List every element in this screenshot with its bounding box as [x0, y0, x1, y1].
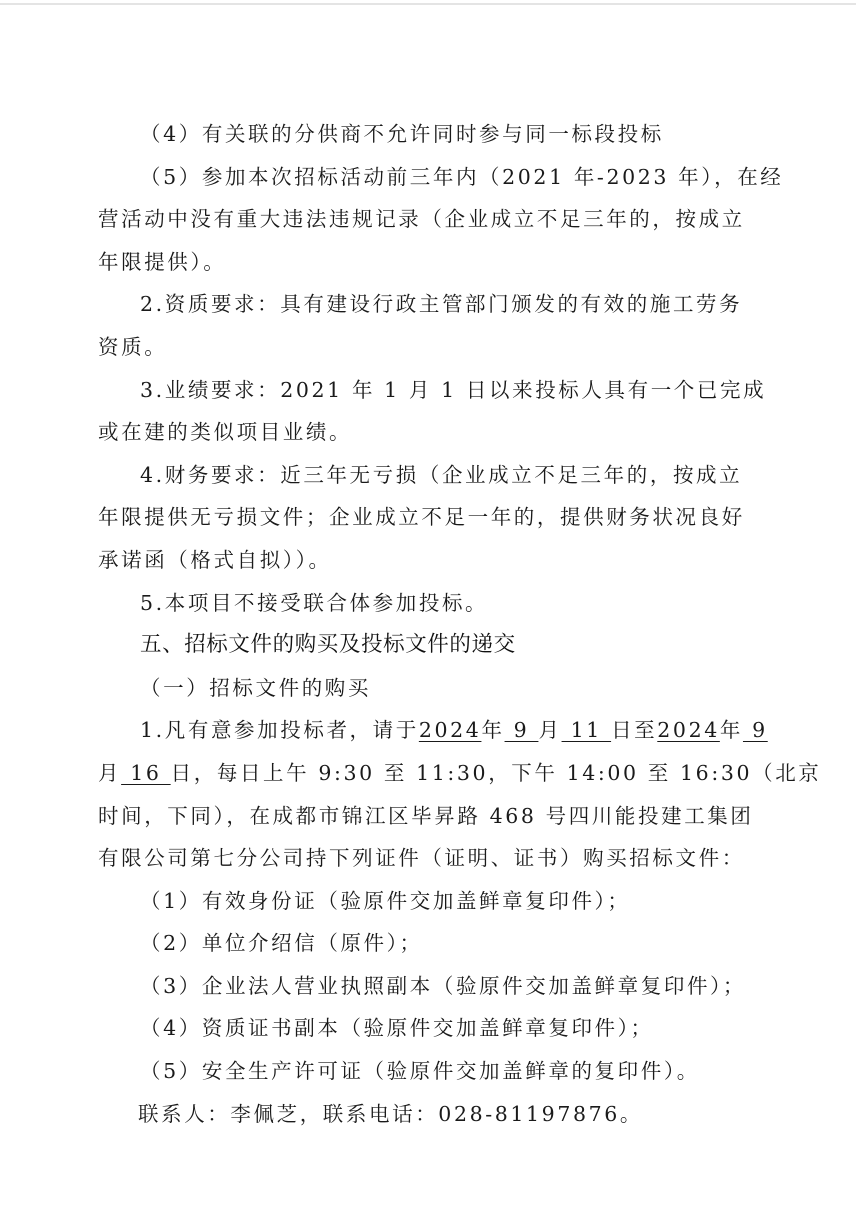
- purchase-line-4: 有限公司第七分公司持下列证件（证明、证书）购买招标文件：: [98, 837, 740, 880]
- scan-top-edge: [0, 3, 856, 5]
- document-page: （4）有关联的分供商不允许同时参与同一标段投标 （5）参加本次招标活动前三年内（…: [98, 113, 740, 1135]
- start-year-field: 2024: [419, 718, 482, 742]
- day-to-label: 日至: [611, 718, 657, 742]
- performance-requirement-line-2: 或在建的类似项目业绩。: [98, 411, 740, 454]
- end-day-field: 16: [121, 761, 171, 785]
- item-5-line-2: 营活动中没有重大违法违规记录（企业成立不足三年的，按成立: [98, 198, 740, 241]
- required-document-3: （3）企业法人营业执照副本（验原件交加盖鲜章复印件）；: [98, 965, 740, 1008]
- purchase-line-1: 1.凡有意参加投标者，请于2024年 9 月 11 日至2024年 9: [98, 709, 740, 752]
- start-month-field: 9: [505, 718, 539, 742]
- purchase-line-3: 时间，下同），在成都市锦江区毕昇路 468 号四川能投建工集团: [98, 795, 740, 838]
- performance-requirement-line-1: 3.业绩要求：2021 年 1 月 1 日以来投标人具有一个已完成: [98, 369, 740, 412]
- item-label: （4）: [140, 122, 202, 146]
- end-year-field: 2024: [657, 718, 720, 742]
- financial-requirement-line-2: 年限提供无亏损文件；企业成立不足一年的，提供财务状况良好: [98, 496, 740, 539]
- financial-requirement-line-3: 承诺函（格式自拟））。: [98, 539, 740, 582]
- qualification-requirement-line-2: 资质。: [98, 326, 740, 369]
- item-4-line: （4）有关联的分供商不允许同时参与同一标段投标: [98, 113, 740, 156]
- item-text: 参加本次招标活动前三年内（2021 年-2023 年），在经: [202, 165, 784, 189]
- required-document-5: （5）安全生产许可证（验原件交加盖鲜章的复印件）。: [98, 1050, 740, 1093]
- purchase-prefix: 1.凡有意参加投标者，请于: [140, 718, 419, 742]
- purchase-line-2: 月 16 日，每日上午 9:30 至 11:30，下午 14:00 至 16:3…: [98, 752, 740, 795]
- end-month-field: 9: [743, 718, 768, 742]
- required-document-2: （2）单位介绍信（原件）；: [98, 922, 740, 965]
- year-label: 年: [481, 718, 504, 742]
- consortium-requirement: 5.本项目不接受联合体参加投标。: [98, 582, 740, 625]
- item-5-line-3: 年限提供）。: [98, 241, 740, 284]
- required-document-1: （1）有效身份证（验原件交加盖鲜章复印件）；: [98, 880, 740, 923]
- subsection-heading: （一）招标文件的购买: [98, 667, 740, 710]
- item-text: 有关联的分供商不允许同时参与同一标段投标: [202, 122, 664, 146]
- end-month-label: 月: [98, 761, 121, 785]
- start-day-field: 11: [562, 718, 612, 742]
- required-document-4: （4）资质证书副本（验原件交加盖鲜章复印件）；: [98, 1007, 740, 1050]
- item-label: （5）: [140, 165, 202, 189]
- purchase-hours: 日，每日上午 9:30 至 11:30，下午 14:00 至 16:30（北京: [171, 761, 822, 785]
- qualification-requirement-line-1: 2.资质要求：具有建设行政主管部门颁发的有效的施工劳务: [98, 283, 740, 326]
- end-year-label: 年: [720, 718, 743, 742]
- item-5-line-1: （5）参加本次招标活动前三年内（2021 年-2023 年），在经: [98, 156, 740, 199]
- financial-requirement-line-1: 4.财务要求：近三年无亏损（企业成立不足三年的，按成立: [98, 454, 740, 497]
- section-heading: 五、招标文件的购买及投标文件的递交: [98, 624, 740, 667]
- contact-info: 联系人：李佩芝，联系电话：028-81197876。: [98, 1093, 740, 1136]
- month-label: 月: [538, 718, 561, 742]
